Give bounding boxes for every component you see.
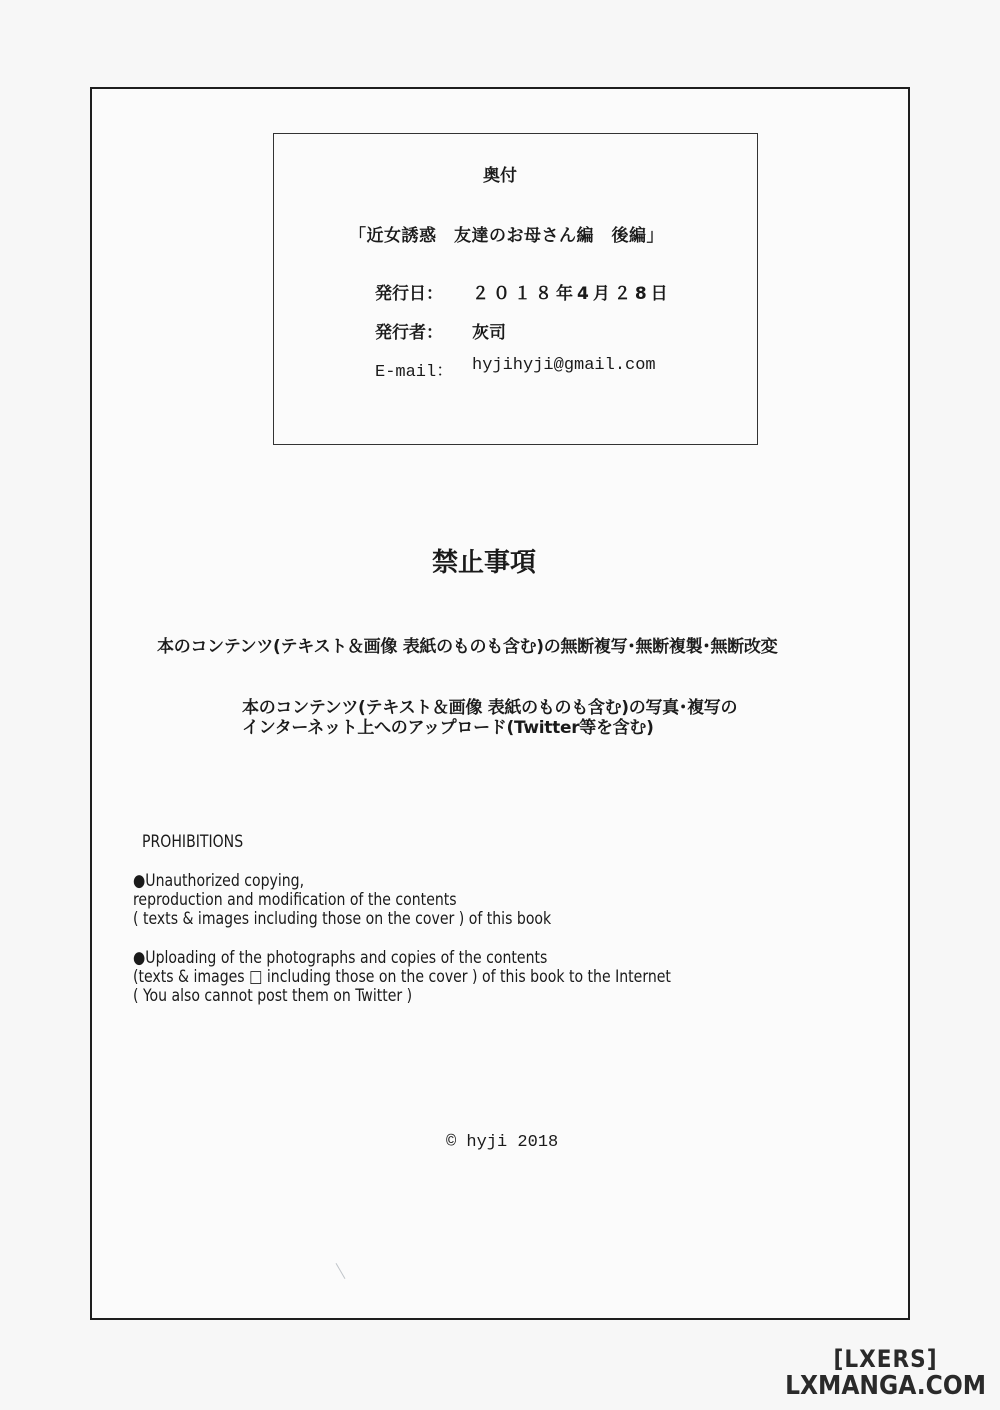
book-title: 「近女誘惑 友達のお母さん編 後編」 — [349, 221, 664, 246]
copyright-notice: © hyji 2018 — [446, 1133, 558, 1152]
publish-date-value: ２０１８年4月２8日 — [472, 279, 672, 304]
watermark-line-2: LXMANGA.COM — [785, 1372, 986, 1400]
watermark-line-1: [LXERS] — [785, 1346, 986, 1372]
prohibitions-heading-en: PROHIBITIONS — [142, 832, 243, 852]
prohibitions-heading-jp: 禁止事項 — [432, 542, 536, 579]
site-watermark: [LXERS] LXMANGA.COM — [785, 1346, 986, 1400]
prohibition-en-line: (texts & images □ including those on the… — [133, 967, 671, 987]
prohibition-en-line: reproduction and modification of the con… — [133, 890, 457, 910]
publisher-value: 灰司 — [472, 318, 506, 343]
colophon-heading: 奥付 — [483, 161, 517, 186]
email-value: hyjihyji@gmail.com — [472, 356, 656, 375]
prohibition-jp-line: 本のコンテンツ(テキスト＆画像 表紙のものも含む)の無断複写･無断複製･無断改変 — [157, 632, 777, 657]
prohibition-en-line: ( texts & images including those on the … — [133, 909, 551, 929]
prohibition-en-line: ●Uploading of the photographs and copies… — [133, 948, 547, 968]
email-label: E-mail： — [375, 356, 453, 382]
publish-date-label: 発行日： — [375, 279, 443, 304]
prohibition-en-line: ( You also cannot post them on Twitter ) — [133, 986, 412, 1006]
publisher-label: 発行者： — [375, 318, 443, 343]
prohibition-en-line: ●Unauthorized copying, — [133, 871, 304, 891]
prohibition-jp-line: インターネット上へのアップロード(Twitter等を含む) — [242, 713, 654, 738]
